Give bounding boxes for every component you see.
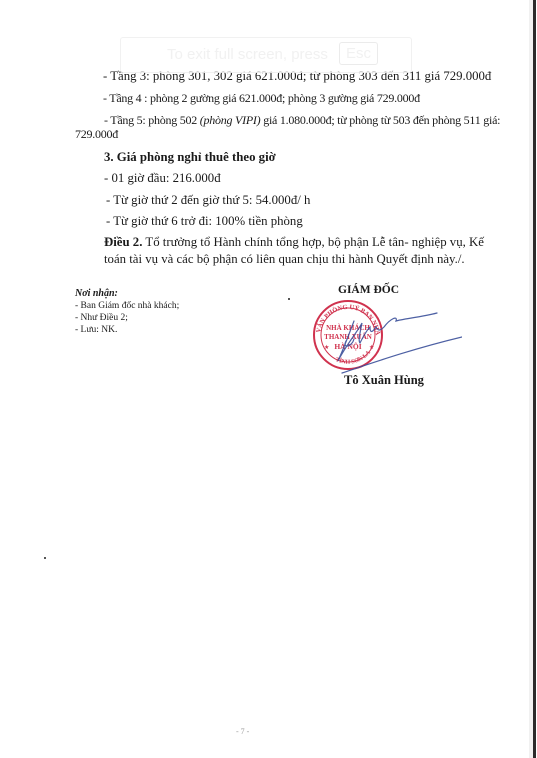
floor5-prefix: - Tầng 5: phòng 502 [104, 113, 200, 127]
recipient-item: - Lưu: NK. [75, 324, 179, 336]
recipient-item: - Ban Giám đốc nhà khách; [75, 300, 179, 312]
fullscreen-exit-notice: To exit full screen, press Esc [120, 37, 412, 73]
page-number: - 7 - [236, 727, 249, 736]
hourly-item: - Từ giờ thứ 6 trở đi: 100% tiền phòng [106, 214, 303, 229]
svg-text:NHÀ KHÁCH: NHÀ KHÁCH [326, 324, 370, 332]
floor5-suffix: giá 1.080.000đ; từ phòng từ 503 đến phòn… [260, 113, 500, 127]
svg-text:★: ★ [369, 344, 374, 351]
esc-key-hint: Esc [339, 42, 378, 65]
official-stamp-icon: VĂN PHÒNG UỶ BAN NHÂN DÂN TỈNH SƠN LA NH… [312, 297, 462, 377]
hourly-item: - Từ giờ thứ 2 đến giờ thứ 5: 54.000đ/ h [106, 193, 310, 208]
page-edge-border [533, 0, 536, 758]
article2-line1: Điều 2. Tổ trưởng tổ Hành chính tổng hợp… [104, 235, 484, 250]
floor5-pricing: - Tầng 5: phòng 502 (phòng VIPI) giá 1.0… [104, 113, 500, 128]
article2-text: Tổ trưởng tổ Hành chính tổng hợp, bộ phậ… [142, 235, 484, 249]
recipients-title: Nơi nhận: [75, 288, 179, 300]
article2-line2: toán tài vụ và các bộ phận có liên quan … [104, 252, 465, 267]
signer-position: GIÁM ĐỐC [338, 284, 399, 296]
fullscreen-message: To exit full screen, press [167, 46, 328, 63]
hourly-item: - 01 giờ đầu: 216.000đ [104, 171, 221, 186]
scan-speck [44, 557, 46, 559]
floor4-pricing: - Tầng 4 : phòng 2 gường giá 621.000đ; p… [103, 91, 420, 106]
hourly-pricing-heading: 3. Giá phòng nghỉ thuê theo giờ [104, 150, 276, 165]
document-page: - Tầng 3: phòng 301, 302 giá 621.000đ; t… [0, 0, 537, 758]
svg-text:★: ★ [324, 344, 329, 351]
signer-name: Tô Xuân Hùng [344, 373, 424, 388]
scan-speck [288, 298, 290, 300]
floor5-pricing-cont: 729.000đ [75, 127, 118, 142]
article2-label: Điều 2. [104, 235, 142, 249]
vip-room-note: (phòng VIPI) [200, 113, 261, 127]
recipient-item: - Như Điều 2; [75, 312, 179, 324]
recipients-block: Nơi nhận: - Ban Giám đốc nhà khách; - Nh… [75, 288, 179, 336]
